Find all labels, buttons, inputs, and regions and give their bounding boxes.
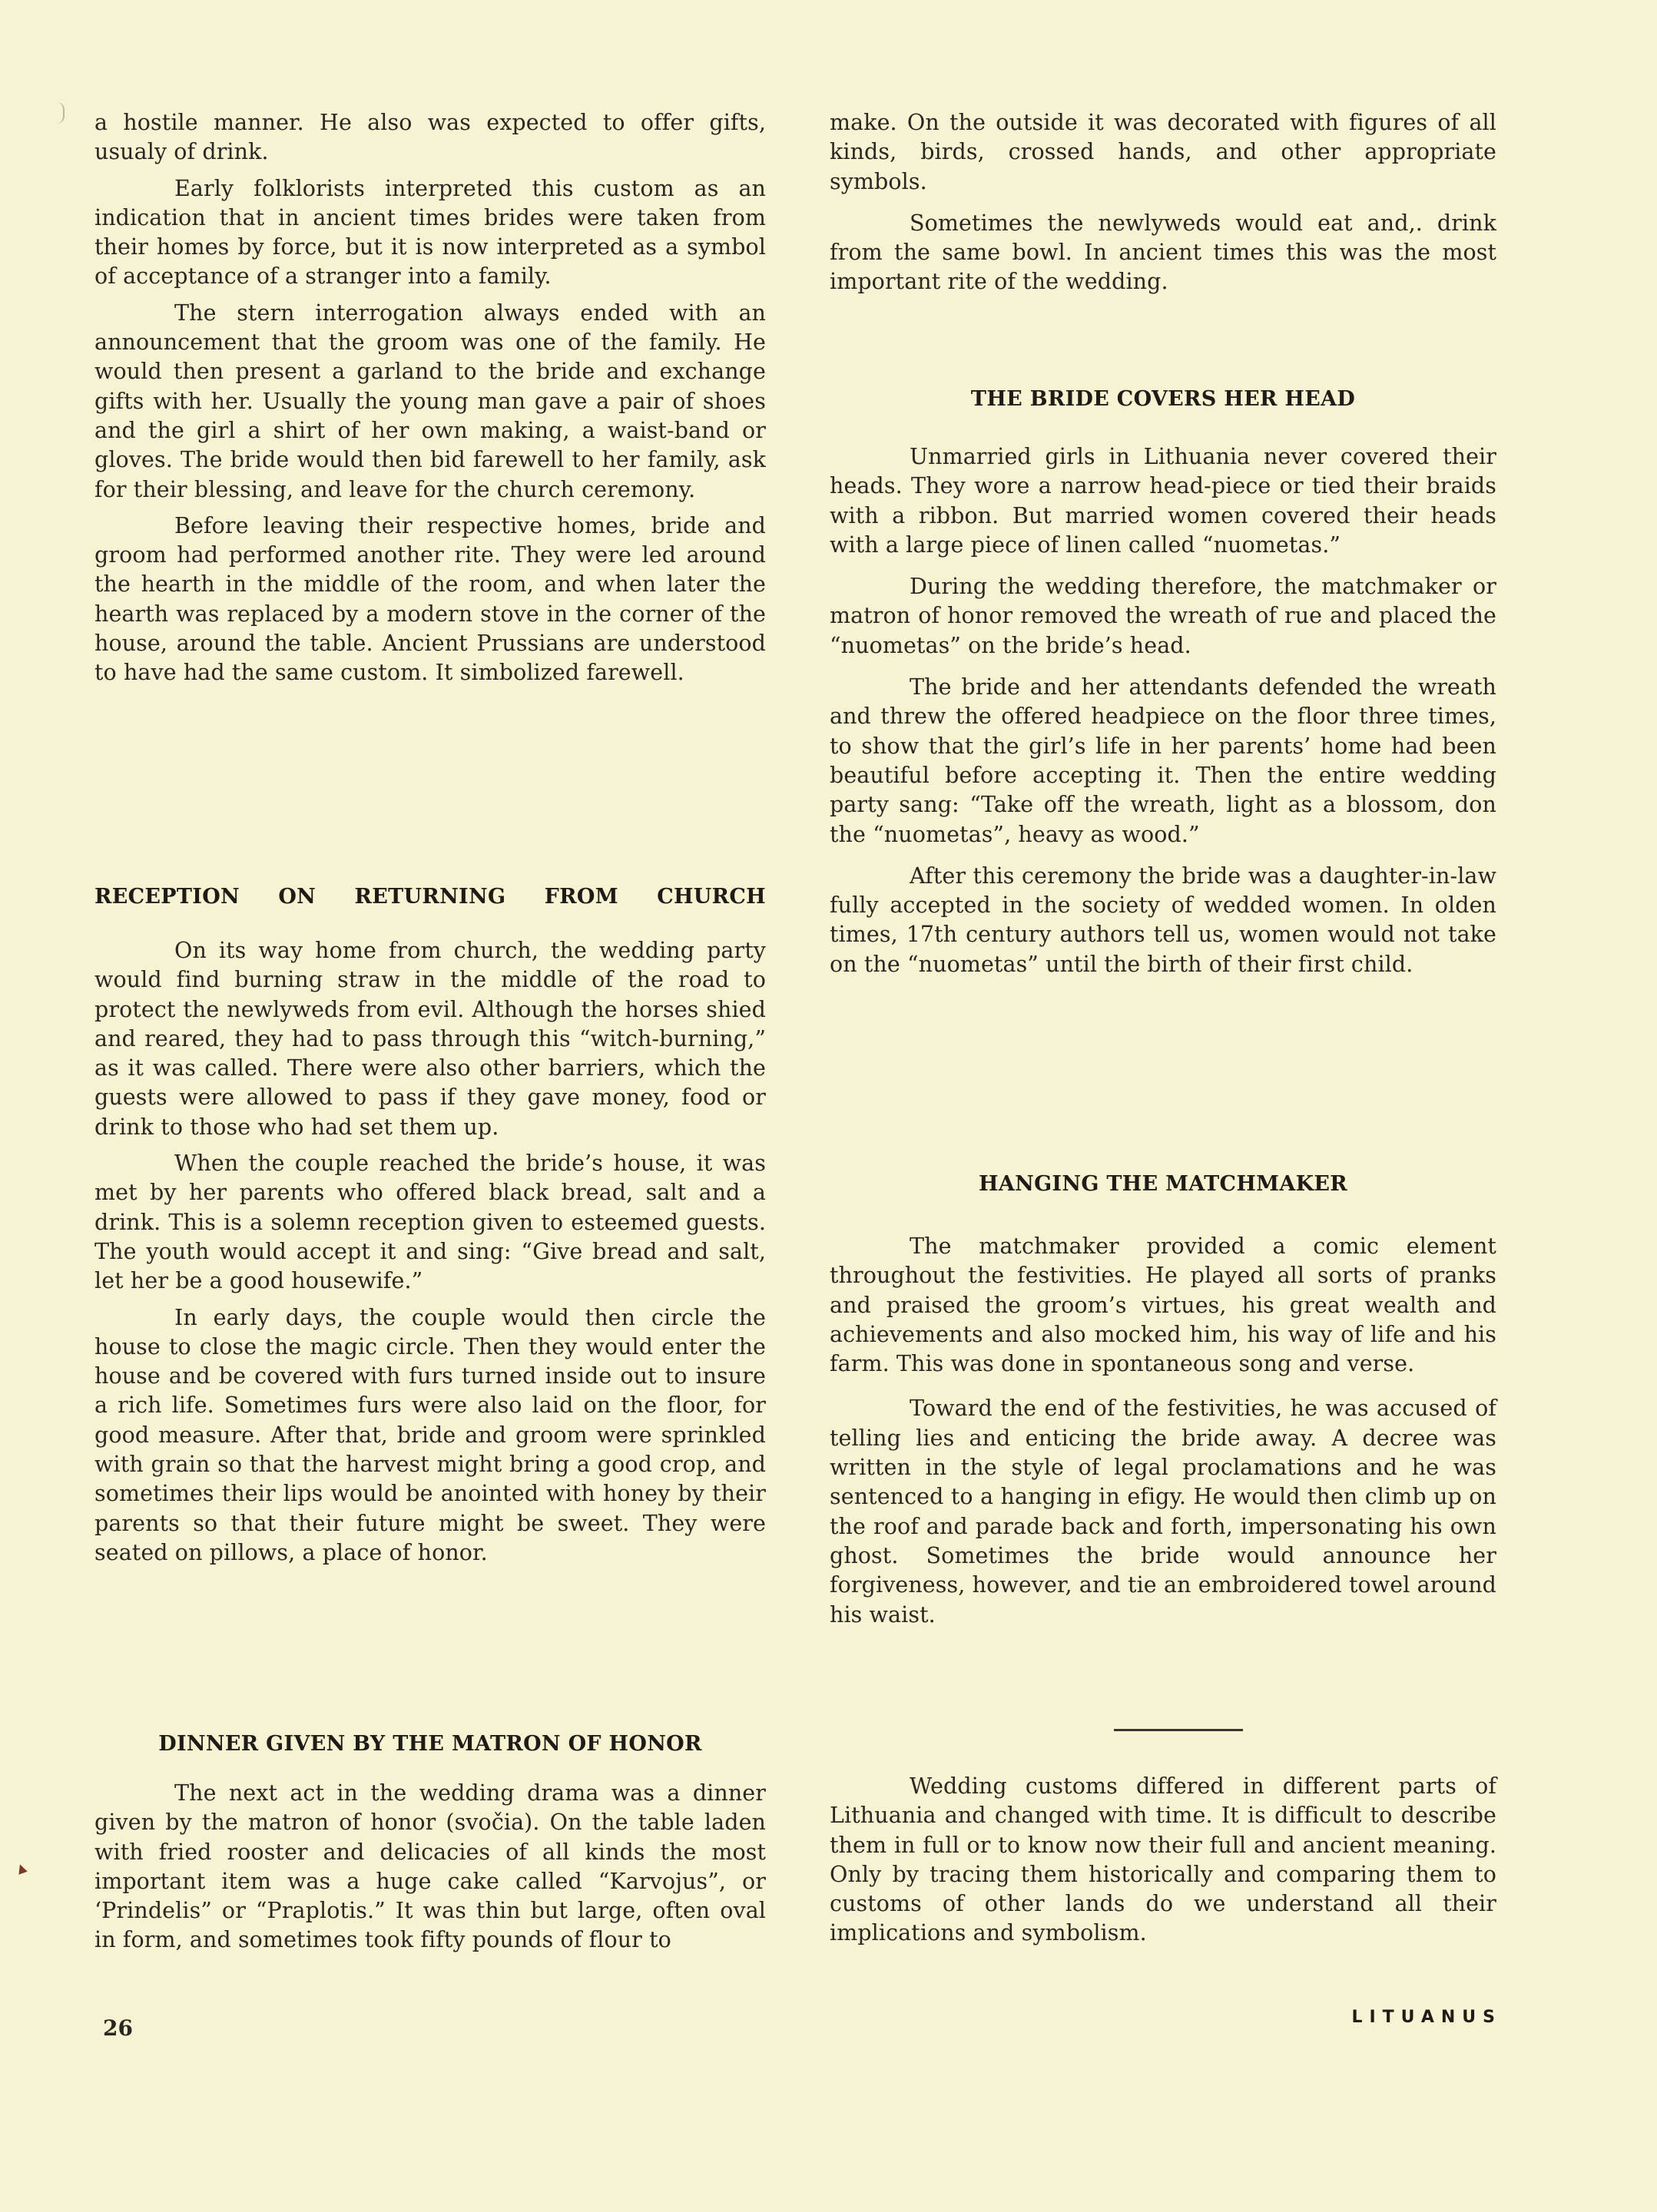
journal-name: LITUANUS	[1351, 2008, 1502, 2027]
paragraph: a hostile manner. He also was expected t…	[94, 108, 766, 167]
paragraph: The next act in the wedding drama was a …	[94, 1779, 766, 1955]
paragraph: During the wedding therefore, the matchm…	[830, 572, 1496, 661]
paragraph: Before leaving their respective homes, b…	[94, 512, 766, 688]
paragraph: Sometimes the newlyweds would eat and,. …	[830, 209, 1496, 297]
right-column: make. On the outside it was decorated wi…	[830, 0, 1496, 2212]
paragraph: Unmarried girls in Lithuania never cover…	[830, 442, 1496, 560]
paragraph: After this ceremony the bride was a daug…	[830, 862, 1496, 979]
paragraph: The matchmaker provided a comic element …	[830, 1232, 1496, 1379]
left-column: a hostile manner. He also was expected t…	[94, 0, 766, 2212]
section-heading: HANGING THE MATCHMAKER	[830, 1170, 1496, 1199]
section-bride-covers-head: THE BRIDE COVERS HER HEAD Unmarried girl…	[830, 385, 1496, 986]
right-intro: make. On the outside it was decorated wi…	[830, 108, 1496, 304]
paragraph: When the couple reached the bride’s hous…	[94, 1149, 766, 1296]
section-hanging-matchmaker: HANGING THE MATCHMAKER The matchmaker pr…	[830, 1170, 1496, 1637]
scan-artifact-arrow-icon	[15, 1863, 27, 1874]
paragraph: The stern interrogation always ended wit…	[94, 299, 766, 505]
paragraph: The bride and her attendants defended th…	[830, 673, 1496, 849]
paragraph: In early days, the couple would then cir…	[94, 1303, 766, 1568]
scan-artifact-mark	[57, 102, 65, 124]
paragraph: Early folklorists interpreted this custo…	[94, 174, 766, 292]
closing-paragraph: Wedding customs differed in different pa…	[830, 1772, 1496, 1949]
section-dinner: DINNER GIVEN BY THE MATRON OF HONOR The …	[94, 1730, 766, 1962]
scanned-page: a hostile manner. He also was expected t…	[0, 0, 1657, 2212]
section-reception: RECEPTION ON RETURNING FROM CHURCH On it…	[94, 882, 766, 1575]
page-number: 26	[103, 2015, 133, 2041]
paragraph: Toward the end of the festivities, he wa…	[830, 1394, 1496, 1629]
section-heading: THE BRIDE COVERS HER HEAD	[830, 385, 1496, 414]
section-divider	[1114, 1729, 1243, 1731]
closing-section: Wedding customs differed in different pa…	[830, 1772, 1496, 1955]
paragraph: On its way home from church, the wedding…	[94, 936, 766, 1142]
section-heading: RECEPTION ON RETURNING FROM CHURCH	[94, 882, 766, 912]
paragraph: make. On the outside it was decorated wi…	[830, 108, 1496, 197]
section-heading: DINNER GIVEN BY THE MATRON OF HONOR	[94, 1730, 766, 1759]
left-intro: a hostile manner. He also was expected t…	[94, 108, 766, 695]
